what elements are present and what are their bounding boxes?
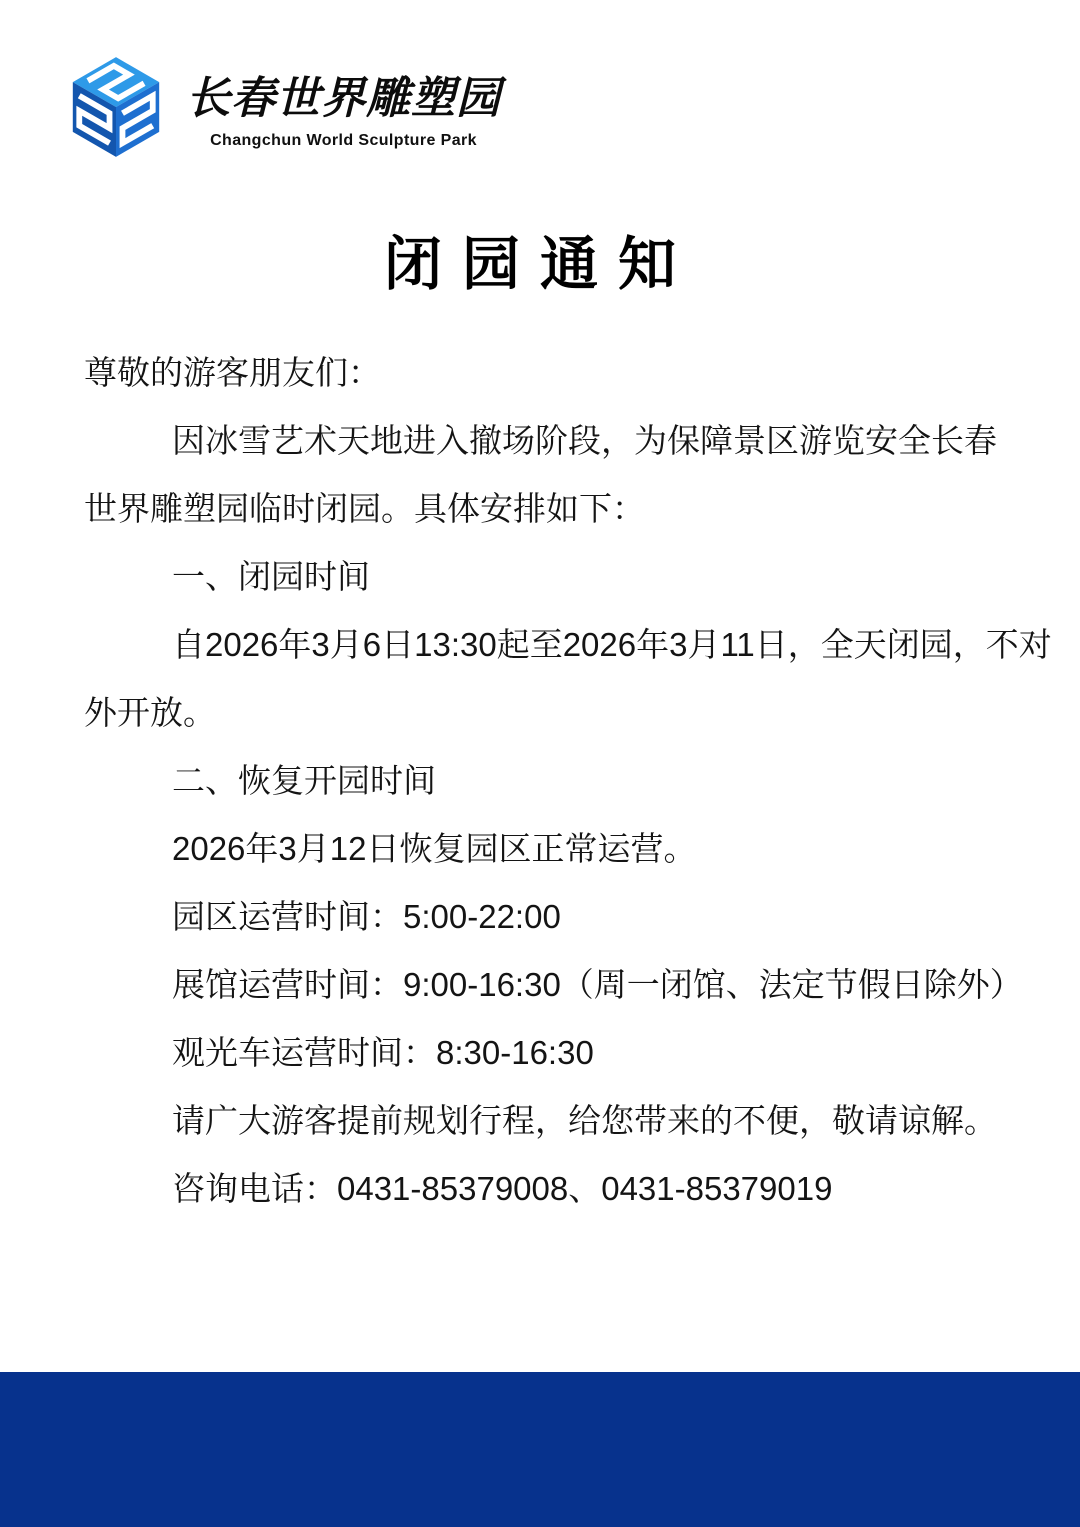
notice-body: 尊敬的游客朋友们： 因冰雪艺术天地进入撤场阶段，为保障景区游览安全长春 世界雕塑…: [84, 339, 1020, 1223]
brand-name-chinese: 长春世界雕塑园: [186, 68, 501, 130]
notice-line-phone-numbers: 咨询电话：0431-85379008、0431-85379019: [84, 1155, 1020, 1223]
brand-header: 长春世界雕塑园 Changchun World Sculpture Park: [62, 46, 501, 168]
notice-line-reason-2: 世界雕塑园临时闭园。具体安排如下：: [84, 475, 1020, 543]
notice-line-exhibit-hours: 展馆运营时间：9:00-16:30（周一闭馆、法定节假日除外）: [84, 951, 1020, 1019]
brand-name-english: Changchun World Sculpture Park: [210, 132, 477, 150]
notice-title: 闭园通知: [0, 232, 1080, 299]
notice-line-reason-1: 因冰雪艺术天地进入撤场阶段，为保障景区游览安全长春: [84, 407, 1020, 475]
notice-line-section-2-heading: 二、恢复开园时间: [84, 747, 1020, 815]
brand-text-block: 长春世界雕塑园 Changchun World Sculpture Park: [186, 68, 501, 150]
notice-line-apology: 请广大游客提前规划行程，给您带来的不便，敬请谅解。: [84, 1087, 1020, 1155]
park-cube-logo-icon: [62, 46, 170, 168]
notice-line-park-hours: 园区运营时间：5:00-22:00: [84, 883, 1020, 951]
notice-line-reopen-date: 2026年3月12日恢复园区正常运营。: [84, 815, 1020, 883]
footer-color-band: [0, 1372, 1080, 1527]
notice-line-closure-dates-1: 自2026年3月6日13:30起至2026年3月11日，全天闭园，不对: [84, 611, 1020, 679]
notice-line-shuttle-hours: 观光车运营时间：8:30-16:30: [84, 1019, 1020, 1087]
notice-line-salutation: 尊敬的游客朋友们：: [84, 339, 1020, 407]
notice-line-closure-dates-2: 外开放。: [84, 679, 1020, 747]
notice-page: 长春世界雕塑园 Changchun World Sculpture Park 闭…: [0, 0, 1080, 1527]
notice-line-section-1-heading: 一、闭园时间: [84, 543, 1020, 611]
